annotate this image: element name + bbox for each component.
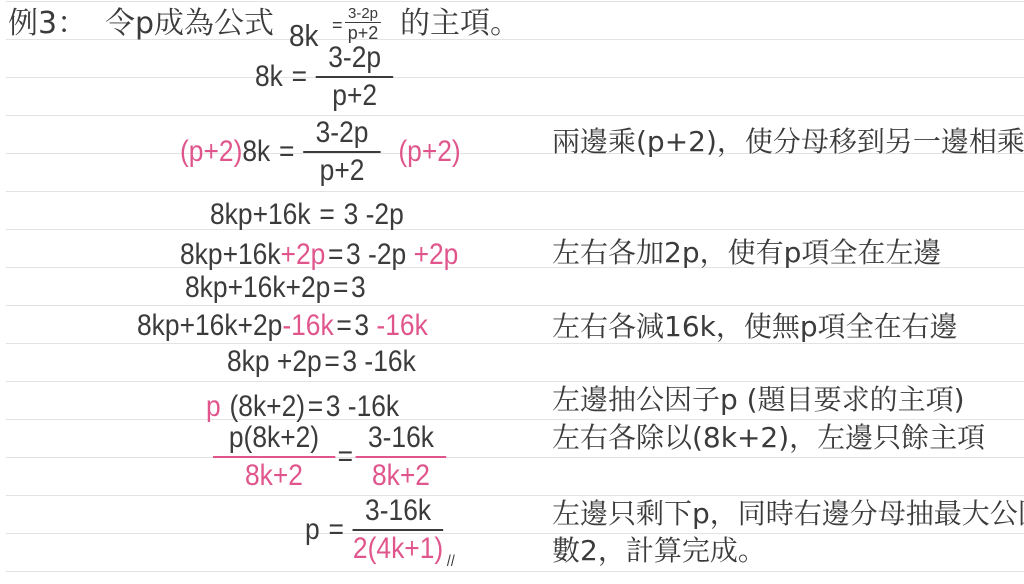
rhs-fraction: 3-2p p+2 (316, 43, 393, 111)
rhs-added-term: +2p (406, 240, 458, 270)
equals-sign: = (333, 273, 348, 303)
lhs-multiplier: (p+2) (180, 137, 242, 167)
formula-fraction: 3-2p p+2 (345, 6, 381, 42)
step-factorised: p (8k+2) = 3 -16k (206, 392, 399, 422)
lhs: 8kp +2p (227, 347, 322, 377)
rhs: 3 (354, 311, 369, 341)
rhs-fraction: 3-2p p+2 (303, 118, 380, 186)
lhs: (8k+2) (229, 392, 305, 422)
formula-numerator: 3-2p (345, 6, 381, 23)
rhs: 3 -16k (342, 347, 415, 377)
answer-end-mark: // (447, 554, 455, 570)
formula-denominator: p+2 (348, 23, 379, 42)
step-multiply-both-sides: (p+2) 8k = 3-2p p+2 (p+2) (180, 118, 461, 186)
rhs: 3 -16k (326, 392, 399, 422)
example-label: 例3： (8, 9, 87, 39)
annotation-multiply: 兩邊乘(p+2)，使分母移到另一邊相乘 (552, 127, 1024, 158)
step-original-equation: 8k = 3-2p p+2 (255, 43, 393, 111)
lhs: 8k (255, 62, 283, 92)
numerator: 3-2p (316, 43, 393, 78)
rhs-fraction: 3-16k 2(4k+1) (353, 496, 444, 564)
lhs: 8kp+16k (180, 240, 281, 270)
lhs: 8kp+16k+2p (137, 311, 282, 341)
equals-sign: = (324, 347, 339, 377)
lhs: p (305, 515, 320, 545)
equals-sign: = (328, 515, 343, 545)
equals-sign: = (338, 442, 353, 472)
annotation-add-2p: 左右各加2p，使有p項全在左邊 (552, 238, 941, 269)
annotation-final-line-2: 數2，計算完成。 (552, 536, 766, 567)
lhs-fraction: p(8k+2) 8k+2 (213, 423, 335, 491)
equals-sign: = (319, 200, 334, 230)
step-simplified: 8kp+16k+2p = 3 (185, 273, 366, 303)
step-collected: 8kp +2p = 3 -16k (227, 347, 416, 377)
formula-equals: = (332, 16, 343, 34)
step-subtract-16k: 8kp+16k+2p -16k = 3 -16k (137, 311, 428, 341)
equals-sign: = (328, 240, 343, 270)
denominator: p+2 (320, 153, 365, 186)
common-factor: p (206, 392, 221, 422)
equals-sign: = (308, 392, 323, 422)
denominator: p+2 (332, 78, 377, 111)
instruction-text: 令p成為公式 (105, 9, 274, 39)
rhs-fraction: 3-16k 8k+2 (356, 423, 447, 491)
numerator: 3-16k (353, 496, 444, 531)
denominator: 8k+2 (372, 458, 430, 491)
denominator: 8k+2 (245, 458, 303, 491)
equals-sign: = (279, 137, 294, 167)
rhs-multiplier: (p+2) (398, 137, 460, 167)
numerator: 3-2p (303, 118, 380, 153)
lhs: 8kp+16k+2p (185, 273, 330, 303)
lhs-added-term: +2p (281, 240, 326, 270)
step-divide-both-sides: p(8k+2) 8k+2 = 3-16k 8k+2 (213, 423, 446, 491)
rhs-subtracted-term: -16k (369, 311, 428, 341)
step-expanded: 8kp+16k = 3 -2p (210, 200, 404, 230)
numerator: 3-16k (356, 423, 447, 458)
rhs: 3 -2p (346, 240, 406, 270)
annotation-divide: 左右各除以(8k+2)，左邊只餘主項 (552, 423, 985, 454)
lhs: 8kp+16k (210, 200, 311, 230)
instruction-end-text: 的主項。 (400, 9, 520, 39)
step-add-2p: 8kp+16k +2p = 3 -2p +2p (180, 240, 458, 270)
annotation-subtract-16k: 左右各減16k，使無p項全在右邊 (552, 312, 958, 343)
equals-sign: = (336, 311, 351, 341)
lhs: 8k (242, 137, 270, 167)
rhs: 3 -2p (344, 200, 404, 230)
step-final-answer: p = 3-16k 2(4k+1) // (305, 496, 455, 564)
denominator: 2(4k+1) (353, 531, 443, 564)
annotation-final-line-1: 左邊只剩下p，同時右邊分母抽最大公因 (552, 499, 1024, 530)
annotation-factorise: 左邊抽公因子p (題目要求的主項) (552, 385, 965, 416)
lhs-subtracted-term: -16k (282, 311, 333, 341)
numerator: p(8k+2) (213, 423, 335, 458)
rhs: 3 (351, 273, 366, 303)
equals-sign: = (292, 62, 307, 92)
